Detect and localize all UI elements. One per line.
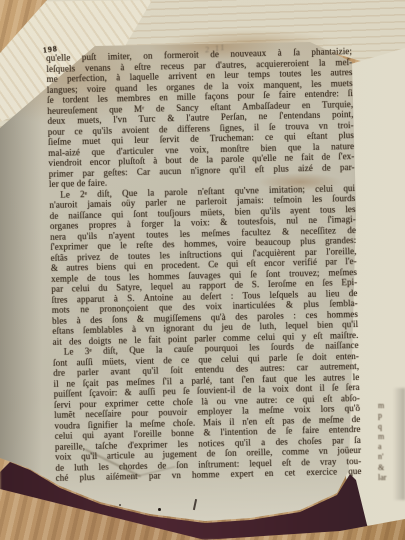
book-photo: mpqman'&lar 2 11 198 qu'elle puſt imiter… xyxy=(0,0,405,540)
fragment-line: & xyxy=(378,463,400,473)
fragment-line: m xyxy=(378,401,400,411)
fragment-line: m xyxy=(378,432,400,442)
fragment-line: p xyxy=(378,411,400,421)
right-page-text-fragments: mpqman'&lar xyxy=(378,401,400,483)
text-lines: 198 qu'elle puſt imiter, on formeroit de… xyxy=(46,46,362,483)
ink-speck xyxy=(158,508,161,511)
ink-speck xyxy=(119,504,121,506)
page-number: 198 xyxy=(42,44,58,56)
fragment-line: a xyxy=(378,442,400,452)
fragment-line: n' xyxy=(378,452,400,462)
fragment-line: lar xyxy=(378,473,400,483)
fragment-line: q xyxy=(378,422,400,432)
